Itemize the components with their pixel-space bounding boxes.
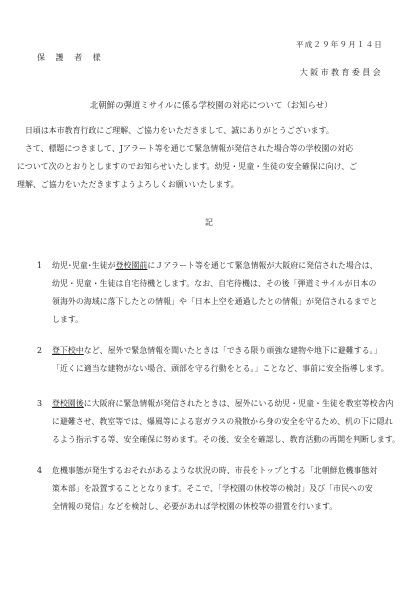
item-2-line-1: 登下校中など、屋外で緊急情報を聞いたときは「できる限り頑強な建物や地下に避難する… [52,346,382,356]
intro-line-1: 日頃は本市教育行政にご理解、ご協力をいただきまして、誠にありがとうございます。 [17,126,334,136]
item-number: 2 [37,346,42,356]
item-number: 3 [37,399,42,409]
underlined-term: 登下校中 [52,346,84,355]
document-date: 平成２９年９月１４日 [296,40,383,50]
item-1-line-1: 幼児･児童･生徒が登校園前にＪアラート等を通じて緊急情報が大阪府に発信された場合… [52,261,378,271]
ki-heading: 記 [205,218,213,228]
item-1-line-3: 領海外の海域に落下したとの情報」や「日本上空を通過したとの情報」が発信されるまで… [52,297,378,307]
item-4-line-3: 全情報の発信」などを検討し、必要があれば学校園の休校等の措置を行います。 [52,502,337,512]
item-4-line-1: 危機事態が発生するおそれがあるような状況の時、市長をトップとする「北朝鮮危機事態… [52,466,377,476]
item-number: 1 [37,261,42,271]
intro-line-2: さて、標題につきまして、Jアラート等を通じて緊急情報が発信された場合等の学校園の… [17,144,353,154]
intro-line-4: 理解、ご協力をいただきますようよろしくお願いいたします。 [17,180,239,190]
item-1-line-4: します。 [52,315,83,325]
recipient: 保 護 者 様 [37,53,105,63]
item-3-line-3: るよう指示する等、安全確保に努めます。その後、安全を確認し、教育活動の再開を判断… [52,435,400,445]
underlined-term: 登校園後 [52,399,84,408]
document-title: 北朝鮮の弾道ミサイルに係る学校園の対応について（お知らせ） [90,100,333,110]
item-4-line-2: 策本部」を設置することとなります。そこで、「学校園の休校等の検討」及び「市民への… [52,484,373,494]
item-2-line-2: 「近くに適当な建物がない場合、頭部を守る行動をとる。」ことなど、事前に安全指導し… [52,364,389,374]
item-3-line-1: 登校園後に大阪府に緊急情報が発信されたときは、屋外にいる幼児・児童・生徒を教室等… [52,399,393,409]
issuer: 大阪市教育委員会 [300,68,383,78]
intro-line-3: について次のとおりとしますのでお知らせいたします。幼児・児童・生徒の安全確保に向… [17,162,357,172]
underlined-term: 登校園前 [116,261,148,270]
item-1-line-2: 幼児・児童・生徒は自宅待機とします。なお、自宅待機は、その後「弾道ミサイルが日本… [52,279,376,289]
item-number: 4 [37,466,42,476]
item-3-line-2: に避難させ、教室等では、爆風等による窓ガラスの飛散から身の安全を守るため、机の下… [52,417,393,427]
